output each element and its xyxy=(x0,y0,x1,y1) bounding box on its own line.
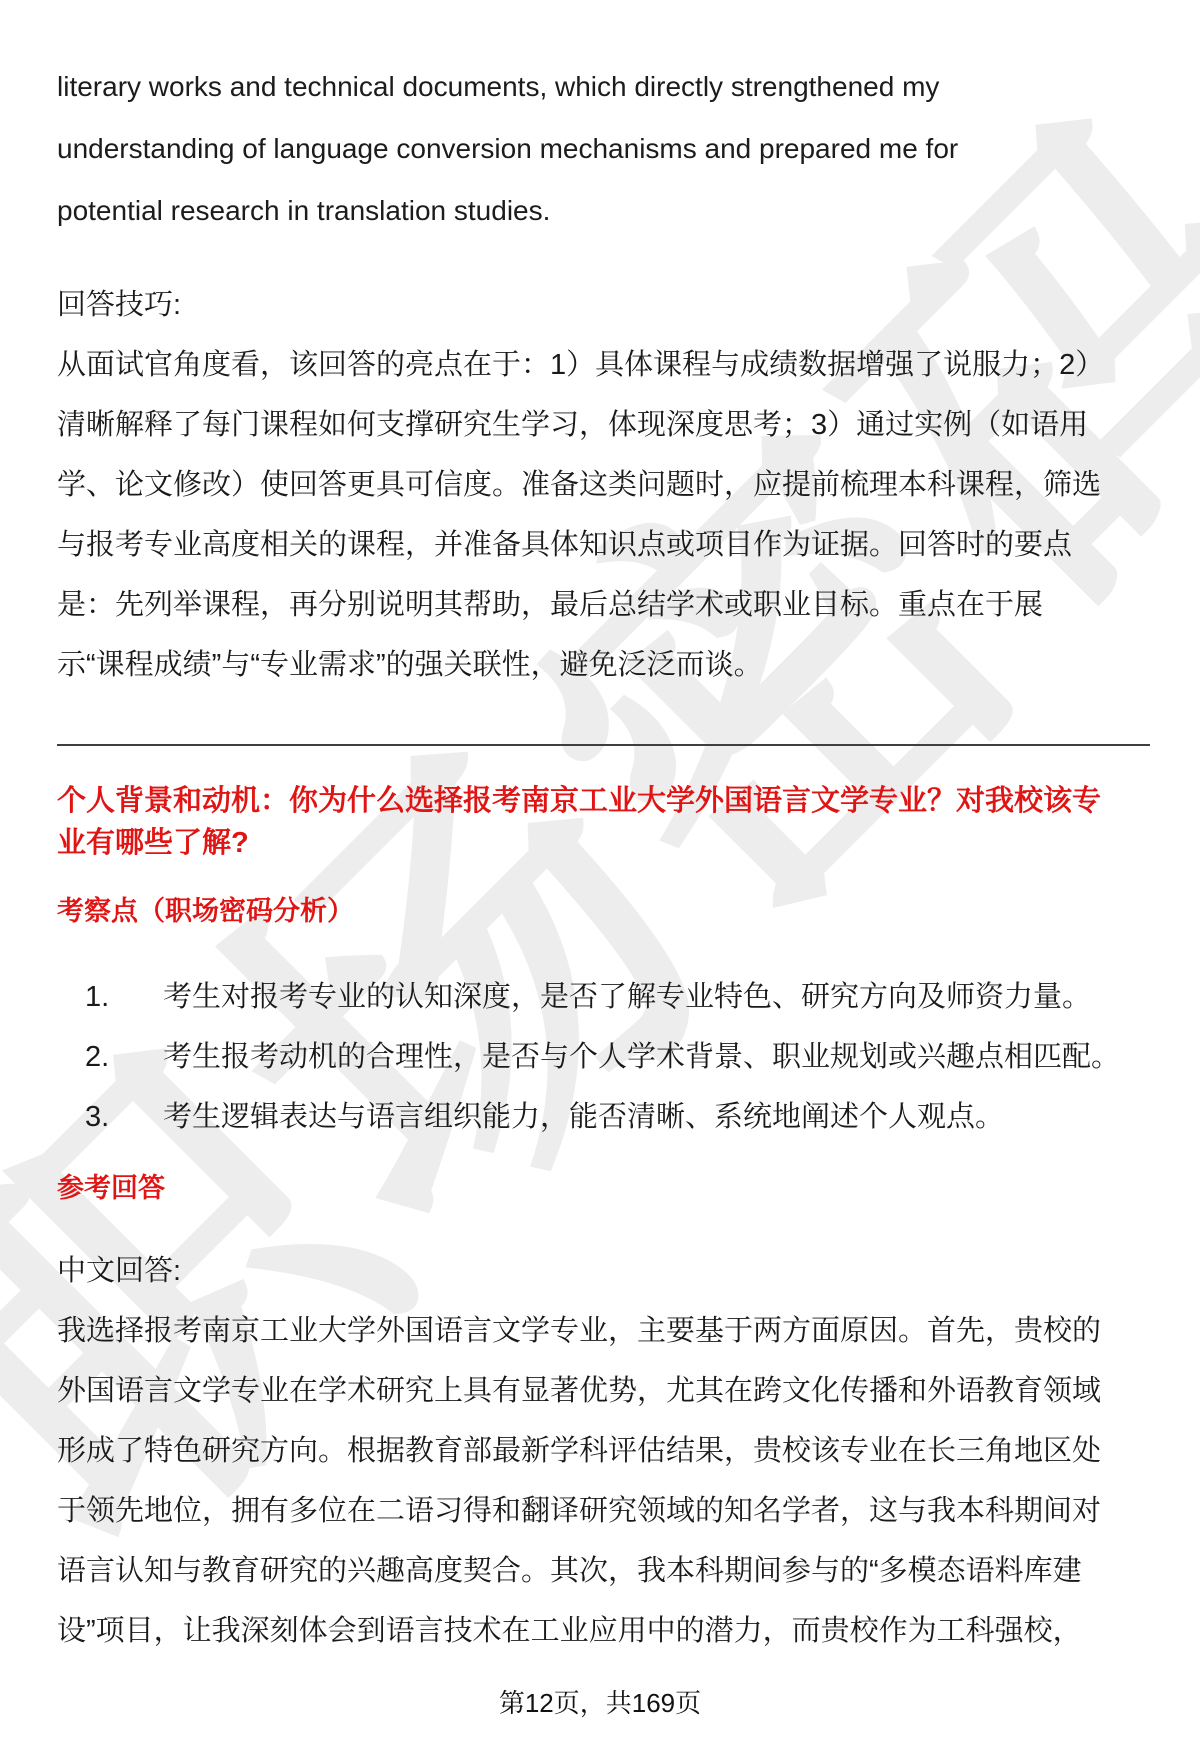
list-item: 2. 考生报考动机的合理性，是否与个人学术背景、职业规划或兴趣点相匹配。 xyxy=(85,1027,1150,1087)
answer-tips-label: 回答技巧: xyxy=(57,275,1150,335)
interview-question-heading: 个人背景和动机：你为什么选择报考南京工业大学外国语言文学专业？对我校该专 业有哪… xyxy=(57,780,1150,864)
assessment-points-list: 1. 考生对报考专业的认知深度，是否了解专业特色、研究方向及师资力量。 2. 考… xyxy=(57,967,1150,1147)
list-item: 3. 考生逻辑表达与语言组织能力，能否清晰、系统地阐述个人观点。 xyxy=(85,1087,1150,1147)
chinese-answer-label: 中文回答: xyxy=(57,1241,1150,1301)
reference-answer-heading: 参考回答 xyxy=(57,1168,1150,1208)
list-item: 1. 考生对报考专业的认知深度，是否了解专业特色、研究方向及师资力量。 xyxy=(85,967,1150,1027)
document-page: 职场密码 literary works and technical docume… xyxy=(0,0,1200,1755)
page-content: literary works and technical documents, … xyxy=(0,56,1200,1661)
page-number-footer: 第12页，共169页 xyxy=(0,1685,1200,1721)
assessment-points-heading: 考察点（职场密码分析） xyxy=(57,891,1150,931)
english-paragraph: literary works and technical documents, … xyxy=(57,56,1150,242)
answer-tips-paragraph: 从面试官角度看，该回答的亮点在于：1）具体课程与成绩数据增强了说服力；2） 清晰… xyxy=(57,335,1150,695)
list-item-number: 3. xyxy=(85,1087,163,1147)
section-divider xyxy=(57,744,1150,746)
list-item-text: 考生对报考专业的认知深度，是否了解专业特色、研究方向及师资力量。 xyxy=(163,967,1091,1027)
list-item-number: 1. xyxy=(85,967,163,1027)
list-item-text: 考生逻辑表达与语言组织能力，能否清晰、系统地阐述个人观点。 xyxy=(163,1087,1004,1147)
chinese-answer-paragraph: 我选择报考南京工业大学外国语言文学专业，主要基于两方面原因。首先，贵校的 外国语… xyxy=(57,1301,1150,1661)
list-item-text: 考生报考动机的合理性，是否与个人学术背景、职业规划或兴趣点相匹配。 xyxy=(163,1027,1120,1087)
list-item-number: 2. xyxy=(85,1027,163,1087)
